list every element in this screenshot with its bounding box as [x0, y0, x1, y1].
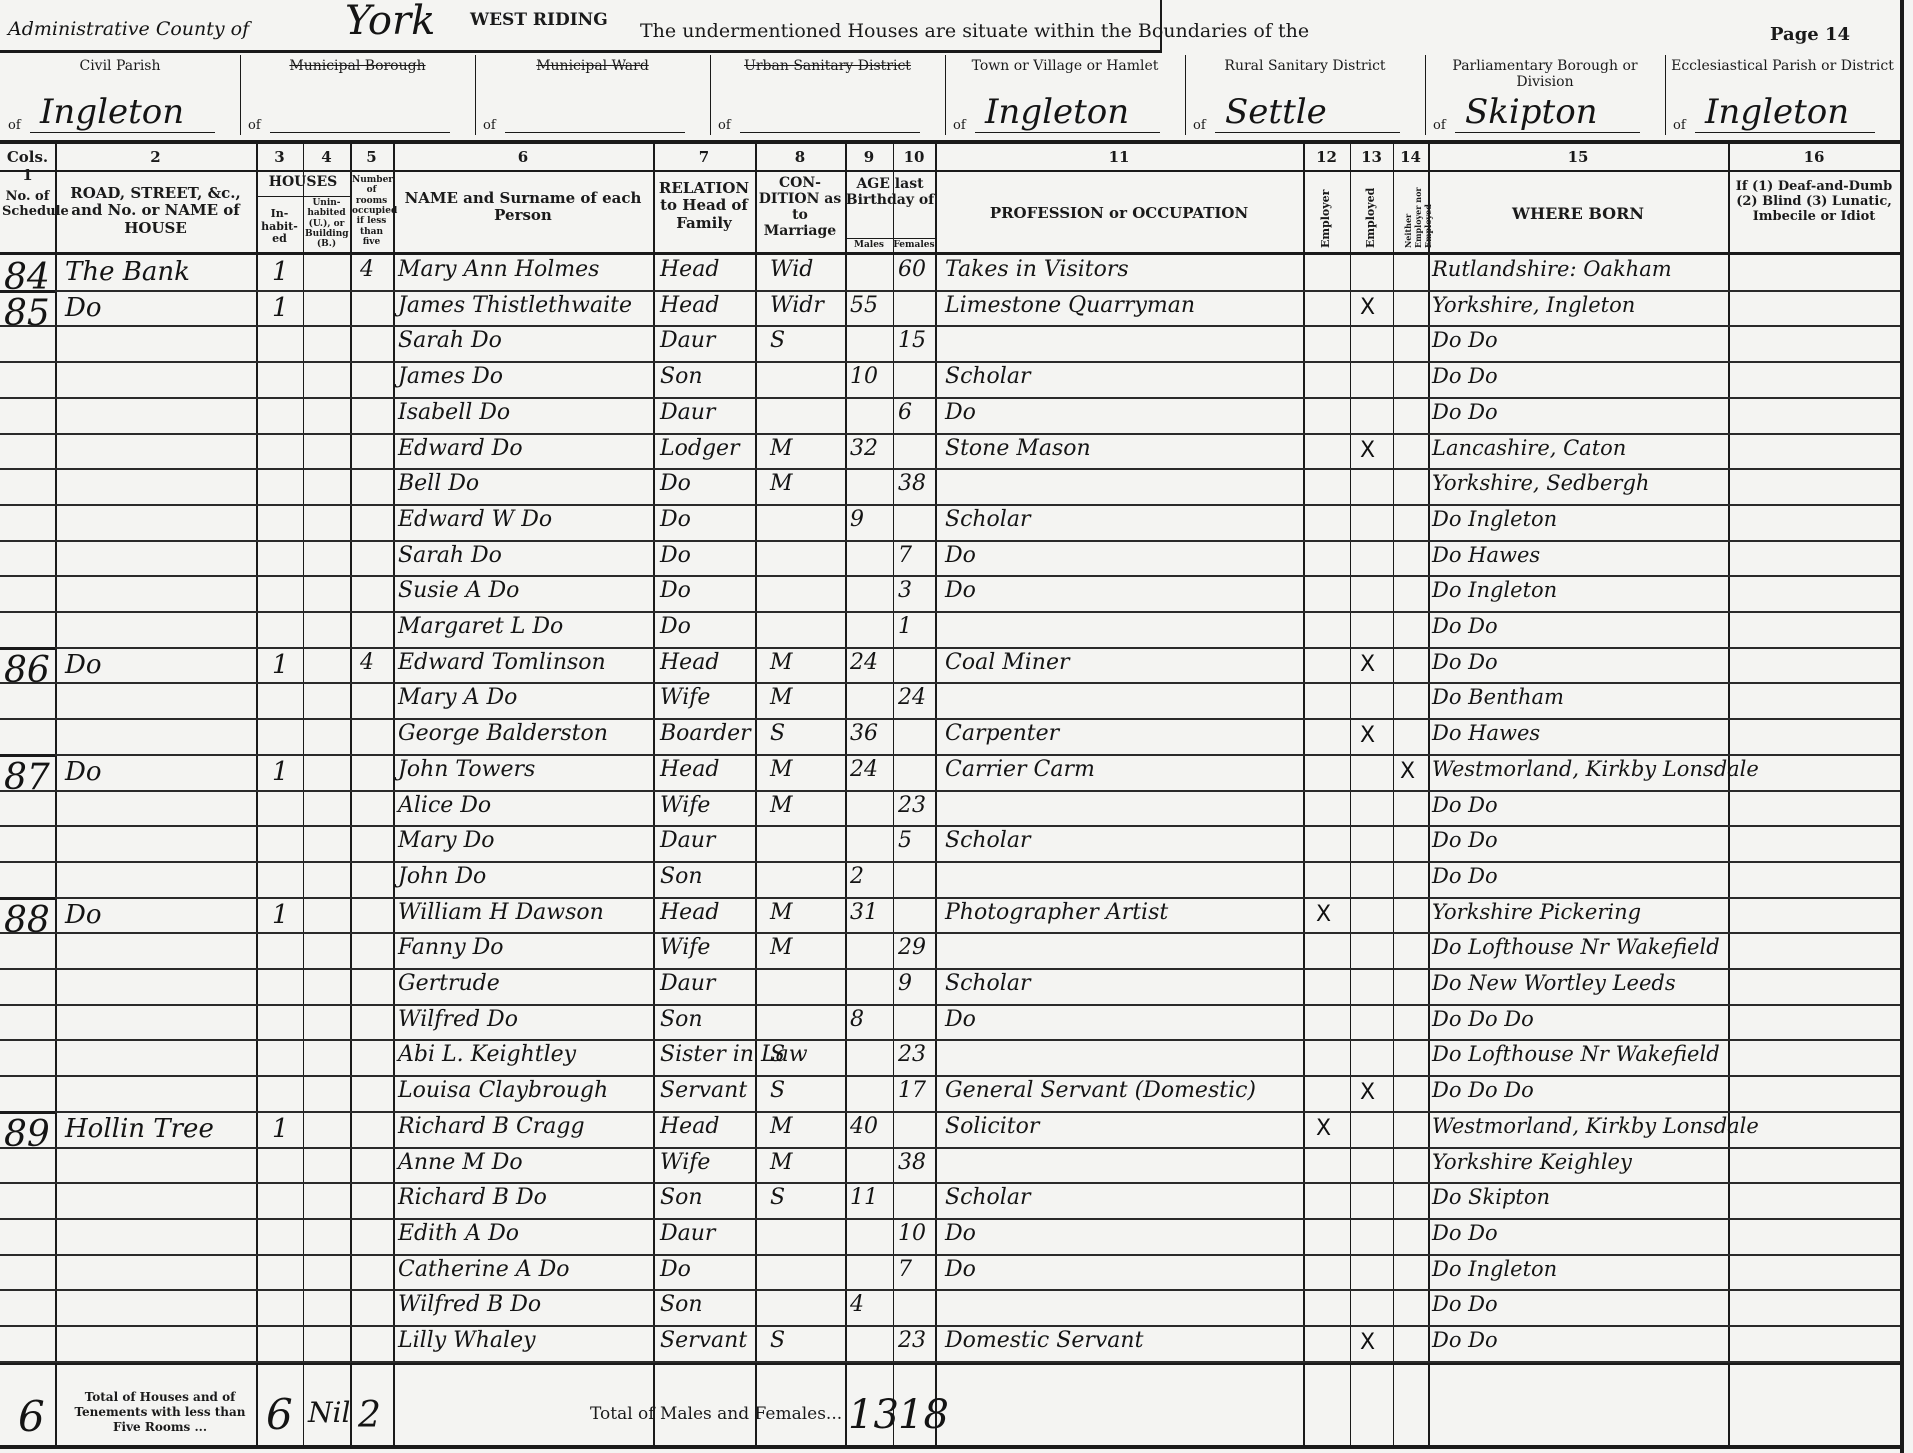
birthplace: Do Do [1432, 364, 1498, 388]
employed-mark: X [1360, 1080, 1375, 1105]
birthplace: Do Do [1432, 614, 1498, 638]
condition: M [770, 471, 793, 496]
column-number: 16 [1728, 148, 1900, 166]
person-name: James Thistlethwaite [398, 293, 632, 318]
inhabited: 1 [272, 293, 289, 323]
district-label: Civil Parish [0, 58, 240, 74]
birthplace: Do Bentham [1432, 685, 1564, 709]
header-c7: RELATION to Head of Family [655, 180, 753, 232]
rooms: 4 [360, 650, 374, 675]
table-row: Mary A DoWifeM24Do Bentham [0, 685, 1900, 721]
birthplace: Yorkshire Keighley [1432, 1150, 1632, 1174]
relation: Wife [660, 935, 710, 960]
column-number: 10 [893, 148, 935, 166]
birthplace: Yorkshire, Ingleton [1432, 293, 1635, 317]
relation: Lodger [660, 436, 740, 461]
age-male: 9 [850, 507, 864, 532]
condition: S [770, 721, 785, 746]
relation: Daur [660, 400, 715, 425]
relation: Daur [660, 971, 715, 996]
house-name: Do [65, 757, 102, 787]
header-c8: CON-DITION as to Marriage [757, 175, 843, 239]
person-name: James Do [398, 364, 503, 389]
age-female: 7 [898, 543, 912, 568]
person-name: Abi L. Keightley [398, 1042, 576, 1067]
total-males: 13 [848, 1392, 899, 1438]
age-female: 24 [898, 685, 926, 710]
table-row: Mary DoDaur5ScholarDo Do [0, 828, 1900, 864]
person-name: Bell Do [398, 471, 479, 496]
person-name: Edward Tomlinson [398, 650, 606, 675]
person-name: Fanny Do [398, 935, 504, 960]
condition: M [770, 1114, 793, 1139]
occupation: Scholar [945, 828, 1030, 853]
birthplace: Do Lofthouse Nr Wakefield [1432, 935, 1720, 959]
person-name: John Towers [398, 757, 535, 782]
relation: Son [660, 1007, 703, 1032]
person-name: Gertrude [398, 971, 500, 996]
column-number: 6 [393, 148, 653, 166]
district-label: Town or Village or Hamlet [945, 58, 1185, 74]
district-divider [1425, 55, 1426, 135]
total-females: 18 [898, 1392, 949, 1438]
table-row: 86Do14Edward TomlinsonHeadM24Coal MinerD… [0, 650, 1900, 686]
column-number: 13 [1350, 148, 1393, 166]
occupation: Do [945, 578, 976, 603]
table-bottom-rule [0, 1445, 1903, 1449]
age-female: 23 [898, 1042, 926, 1067]
relation: Servant [660, 1078, 747, 1103]
age-male: 2 [850, 864, 864, 889]
table-row: Lilly WhaleyServantS23Domestic ServantDo… [0, 1328, 1900, 1364]
district-value: Ingleton [1705, 92, 1849, 132]
condition: M [770, 900, 793, 925]
table-row: Richard B DoSonS11ScholarDo Skipton [0, 1185, 1900, 1221]
district-of: of [8, 118, 21, 133]
inhabited: 1 [272, 900, 289, 930]
inhabited: 1 [272, 757, 289, 787]
person-name: Sarah Do [398, 328, 502, 353]
birthplace: Rutlandshire: Oakham [1432, 257, 1672, 281]
age-female: 10 [898, 1221, 926, 1246]
occupation: Scholar [945, 971, 1030, 996]
relation: Wife [660, 685, 710, 710]
birthplace: Do Ingleton [1432, 507, 1557, 531]
district-underline [30, 132, 215, 133]
birthplace: Yorkshire, Sedbergh [1432, 471, 1649, 495]
age-male: 31 [850, 900, 878, 925]
header-c1: No. of Schedule [2, 190, 53, 220]
age-male: 11 [850, 1185, 878, 1210]
condition: S [770, 1328, 785, 1353]
age-female: 1 [898, 614, 912, 639]
occupation: Carpenter [945, 721, 1059, 746]
table-row: Bell DoDoM38Yorkshire, Sedbergh [0, 471, 1900, 507]
district-of: of [1673, 118, 1686, 133]
relation: Son [660, 864, 703, 889]
condition: M [770, 1150, 793, 1175]
person-name: Lilly Whaley [398, 1328, 536, 1353]
relation: Boarder [660, 721, 751, 746]
relation: Head [660, 257, 719, 282]
table-row: Wilfred B DoSon4Do Do [0, 1292, 1900, 1328]
riding-label: WEST RIDING [470, 10, 608, 30]
total-schedules: 6 [18, 1392, 45, 1441]
header-females: Females [893, 240, 935, 250]
district-divider [240, 55, 241, 135]
neither-mark: X [1400, 759, 1415, 784]
occupation: Coal Miner [945, 650, 1070, 675]
table-row: 87Do1John TowersHeadM24Carrier CarmWestm… [0, 757, 1900, 793]
column-number: 11 [935, 148, 1303, 166]
colnum-rule [0, 170, 1900, 172]
column-number: 9 [845, 148, 893, 166]
person-name: Edward W Do [398, 507, 552, 532]
birthplace: Do New Wortley Leeds [1432, 971, 1676, 995]
relation: Sister in Law [660, 1042, 808, 1067]
relation: Head [660, 900, 719, 925]
birthplace: Westmorland, Kirkby Lonsdale [1432, 1114, 1759, 1138]
district-divider [1665, 55, 1666, 135]
birthplace: Do Do Do [1432, 1007, 1534, 1031]
house-name: Hollin Tree [65, 1114, 214, 1144]
district-underline [1455, 132, 1640, 133]
condition: S [770, 1078, 785, 1103]
birthplace: Do Do [1432, 828, 1498, 852]
district-divider [945, 55, 946, 135]
occupation: Domestic Servant [945, 1328, 1143, 1353]
table-row: Anne M DoWifeM38Yorkshire Keighley [0, 1150, 1900, 1186]
district-value: Ingleton [40, 92, 184, 132]
person-name: Mary A Do [398, 685, 517, 710]
header-males: Males [845, 240, 893, 250]
rooms: 4 [360, 257, 374, 282]
district-label: Parliamentary Borough or Division [1425, 58, 1665, 90]
employed-mark: X [1360, 723, 1375, 748]
inhabited: 1 [272, 257, 289, 287]
relation: Daur [660, 328, 715, 353]
condition: M [770, 757, 793, 782]
condition: Widr [770, 293, 824, 318]
occupation: Carrier Carm [945, 757, 1095, 782]
header-c16: If (1) Deaf-and-Dumb (2) Blind (3) Lunat… [1730, 180, 1898, 225]
condition: M [770, 436, 793, 461]
age-female: 9 [898, 971, 912, 996]
header-c13: Employed [1364, 180, 1377, 248]
age-female: 29 [898, 935, 926, 960]
header-c4: Unin-habited (U.), or Building (B.) [305, 198, 348, 250]
district-value: Settle [1225, 92, 1327, 132]
employer-mark: X [1316, 1116, 1331, 1141]
column-number: 3 [256, 148, 303, 166]
employed-mark: X [1360, 1330, 1375, 1355]
person-name: Wilfred B Do [398, 1292, 541, 1317]
inhabited: 1 [272, 650, 289, 680]
relation: Son [660, 364, 703, 389]
header-bottom-rule [0, 252, 1900, 255]
age-female: 38 [898, 471, 926, 496]
house-name: The Bank [65, 257, 190, 287]
birthplace: Do Hawes [1432, 721, 1540, 745]
house-name: Do [65, 293, 102, 323]
person-name: Edward Do [398, 436, 523, 461]
district-of: of [953, 118, 966, 133]
table-top-rule [0, 140, 1903, 144]
birthplace: Do Do [1432, 793, 1498, 817]
total-inhabited: 6 [266, 1390, 293, 1439]
occupation: Do [945, 1257, 976, 1282]
table-row: Edward W DoDo9ScholarDo Ingleton [0, 507, 1900, 543]
age-male: 32 [850, 436, 878, 461]
age-female: 60 [898, 257, 926, 282]
age-rule [845, 238, 935, 239]
condition: M [770, 685, 793, 710]
person-name: Mary Do [398, 828, 494, 853]
header-c12: Employer [1319, 180, 1332, 248]
condition: S [770, 1042, 785, 1067]
age-female: 15 [898, 328, 926, 353]
age-male: 10 [850, 364, 878, 389]
birthplace: Yorkshire Pickering [1432, 900, 1641, 924]
age-female: 38 [898, 1150, 926, 1175]
table-row: Isabell DoDaur6DoDo Do [0, 400, 1900, 436]
occupation: Do [945, 1221, 976, 1246]
table-row: Edith A DoDaur10DoDo Do [0, 1221, 1900, 1257]
employed-mark: X [1360, 295, 1375, 320]
age-male: 36 [850, 721, 878, 746]
table-row: Sarah DoDaurS15Do Do [0, 328, 1900, 364]
district-underline [270, 132, 450, 133]
condition: M [770, 935, 793, 960]
district-of: of [1193, 118, 1206, 133]
header-c15: WHERE BORN [1430, 205, 1726, 223]
district-underline [975, 132, 1160, 133]
person-name: Susie A Do [398, 578, 519, 603]
county-label: Administrative County of [8, 18, 249, 40]
district-underline [1695, 132, 1875, 133]
header-c14: Neither Employer nor Employed [1403, 180, 1433, 248]
table-row: John DoSon2Do Do [0, 864, 1900, 900]
birthplace: Do Ingleton [1432, 578, 1557, 602]
birthplace: Do Do [1432, 1328, 1498, 1352]
table-row: 89Hollin Tree1Richard B CraggHeadM40Soli… [0, 1114, 1900, 1150]
table-row: Wilfred DoSon8DoDo Do Do [0, 1007, 1900, 1043]
column-number: Cols. 1 [0, 148, 55, 184]
birthplace: Do Do [1432, 1221, 1498, 1245]
birthplace: Lancashire, Caton [1432, 436, 1626, 460]
birthplace: Do Do Do [1432, 1078, 1534, 1102]
age-male: 4 [850, 1292, 864, 1317]
page-right-edge [1900, 0, 1904, 1453]
person-name: Richard B Do [398, 1185, 547, 1210]
relation: Do [660, 614, 691, 639]
person-name: Edith A Do [398, 1221, 519, 1246]
district-underline [505, 132, 685, 133]
employer-mark: X [1316, 902, 1331, 927]
district-of: of [248, 118, 261, 133]
age-female: 5 [898, 828, 912, 853]
condition: Wid [770, 257, 813, 282]
person-name: John Do [398, 864, 486, 889]
occupation: Do [945, 543, 976, 568]
relation: Head [660, 650, 719, 675]
persons-total-label: Total of Males and Females... [590, 1404, 842, 1424]
age-female: 7 [898, 1257, 912, 1282]
relation: Wife [660, 793, 710, 818]
column-number: 8 [755, 148, 845, 166]
birthplace: Do Do [1432, 328, 1498, 352]
table-row: 84The Bank14Mary Ann HolmesHeadWid60Take… [0, 257, 1900, 293]
relation: Son [660, 1185, 703, 1210]
birthplace: Do Lofthouse Nr Wakefield [1432, 1042, 1720, 1066]
boundary-intro: The undermentioned Houses are situate wi… [640, 20, 1309, 42]
age-male: 40 [850, 1114, 878, 1139]
age-male: 8 [850, 1007, 864, 1032]
person-name: Isabell Do [398, 400, 510, 425]
table-row: Margaret L DoDo1Do Do [0, 614, 1900, 650]
birthplace: Do Do [1432, 864, 1498, 888]
birthplace: Do Hawes [1432, 543, 1540, 567]
person-name: Louisa Claybrough [398, 1078, 608, 1103]
district-divider [475, 55, 476, 135]
person-name: Wilfred Do [398, 1007, 518, 1032]
table-row: Susie A DoDo3DoDo Ingleton [0, 578, 1900, 614]
age-female: 23 [898, 793, 926, 818]
column-number: 12 [1303, 148, 1350, 166]
relation: Daur [660, 828, 715, 853]
relation: Do [660, 543, 691, 568]
occupation: Takes in Visitors [945, 257, 1129, 282]
condition: M [770, 793, 793, 818]
table-row: Louisa ClaybroughServantS17General Serva… [0, 1078, 1900, 1114]
relation: Do [660, 578, 691, 603]
relation: Head [660, 293, 719, 318]
person-name: Sarah Do [398, 543, 502, 568]
relation: Daur [660, 1221, 715, 1246]
district-label: Rural Sanitary District [1185, 58, 1425, 74]
relation: Do [660, 1257, 691, 1282]
occupation: Do [945, 1007, 976, 1032]
occupation: Stone Mason [945, 436, 1091, 461]
district-of: of [718, 118, 731, 133]
table-row: GertrudeDaur9ScholarDo New Wortley Leeds [0, 971, 1900, 1007]
table-row: James DoSon10ScholarDo Do [0, 364, 1900, 400]
employed-mark: X [1360, 438, 1375, 463]
header-c2: ROAD, STREET, &c., and No. or NAME of HO… [57, 185, 254, 237]
condition: M [770, 650, 793, 675]
age-male: 24 [850, 650, 878, 675]
occupation: Scholar [945, 364, 1030, 389]
district-value: Ingleton [985, 92, 1129, 132]
district-underline [1215, 132, 1400, 133]
occupation: General Servant (Domestic) [945, 1078, 1256, 1103]
district-of: of [1433, 118, 1446, 133]
column-number: 14 [1393, 148, 1428, 166]
age-female: 23 [898, 1328, 926, 1353]
person-name: William H Dawson [398, 900, 604, 925]
relation: Do [660, 507, 691, 532]
county-value: York [345, 0, 435, 44]
inhabited: 1 [272, 1114, 289, 1144]
person-name: Anne M Do [398, 1150, 523, 1175]
occupation: Do [945, 400, 976, 425]
person-name: Mary Ann Holmes [398, 257, 599, 282]
column-number: 2 [55, 148, 256, 166]
district-label: Urban Sanitary District [710, 58, 945, 74]
birthplace: Do Do [1432, 400, 1498, 424]
district-label: Ecclesiastical Parish or District [1665, 58, 1900, 74]
total-uninhabited: Nil [308, 1396, 350, 1429]
house-name: Do [65, 900, 102, 930]
occupation: Photographer Artist [945, 900, 1168, 925]
total-rooms: 2 [358, 1395, 381, 1436]
column-number: 5 [350, 148, 393, 166]
district-divider [1185, 55, 1186, 135]
birthplace: Do Do [1432, 1292, 1498, 1316]
occupation: Scholar [945, 1185, 1030, 1210]
person-name: Alice Do [398, 793, 491, 818]
person-name: George Balderston [398, 721, 608, 746]
age-female: 6 [898, 400, 912, 425]
birthplace: Do Do [1432, 650, 1498, 674]
header-c11: PROFESSION or OCCUPATION [937, 205, 1301, 222]
person-name: Richard B Cragg [398, 1114, 585, 1139]
table-row: Abi L. KeightleySister in LawS23Do Lofth… [0, 1042, 1900, 1078]
age-female: 17 [898, 1078, 926, 1103]
table-row: Alice DoWifeM23Do Do [0, 793, 1900, 829]
relation: Head [660, 1114, 719, 1139]
occupation: Scholar [945, 507, 1030, 532]
person-name: Catherine A Do [398, 1257, 569, 1282]
employed-mark: X [1360, 652, 1375, 677]
table-row: Fanny DoWifeM29Do Lofthouse Nr Wakefield [0, 935, 1900, 971]
district-value: Skipton [1465, 92, 1598, 132]
table-row: George BalderstonBoarderS36CarpenterDo H… [0, 721, 1900, 757]
condition: S [770, 1185, 785, 1210]
table-row: 85Do1James ThistlethwaiteHeadWidr55Limes… [0, 293, 1900, 329]
district-of: of [483, 118, 496, 133]
person-name: Margaret L Do [398, 614, 563, 639]
relation: Wife [660, 1150, 710, 1175]
district-label: Municipal Ward [475, 58, 710, 74]
age-female: 3 [898, 578, 912, 603]
header-c6: NAME and Surname of each Person [395, 190, 651, 225]
column-number: 15 [1428, 148, 1728, 166]
occupation: Solicitor [945, 1114, 1039, 1139]
occupation: Limestone Quarryman [945, 293, 1195, 318]
age-male: 24 [850, 757, 878, 782]
relation: Head [660, 757, 719, 782]
page-number: Page 14 [1770, 24, 1850, 45]
relation: Do [660, 471, 691, 496]
condition: S [770, 328, 785, 353]
district-label: Municipal Borough [240, 58, 475, 74]
header-c5: Number of rooms occupied if less than fi… [352, 175, 391, 247]
table-row: Sarah DoDo7DoDo Hawes [0, 543, 1900, 579]
age-male: 55 [850, 293, 878, 318]
header-c3: In-habit-ed [258, 208, 301, 246]
table-row: Edward DoLodgerM32Stone MasonLancashire,… [0, 436, 1900, 472]
header-houses: HOUSES [256, 174, 350, 190]
header-age: AGE last Birthday of [845, 176, 935, 208]
houses-total-label: Total of Houses and of Tenements with le… [68, 1390, 252, 1435]
birthplace: Do Ingleton [1432, 1257, 1557, 1281]
column-number: 7 [653, 148, 755, 166]
relation: Son [660, 1292, 703, 1317]
birthplace: Westmorland, Kirkby Lonsdale [1432, 757, 1759, 781]
district-underline [740, 132, 920, 133]
column-number: 4 [303, 148, 350, 166]
